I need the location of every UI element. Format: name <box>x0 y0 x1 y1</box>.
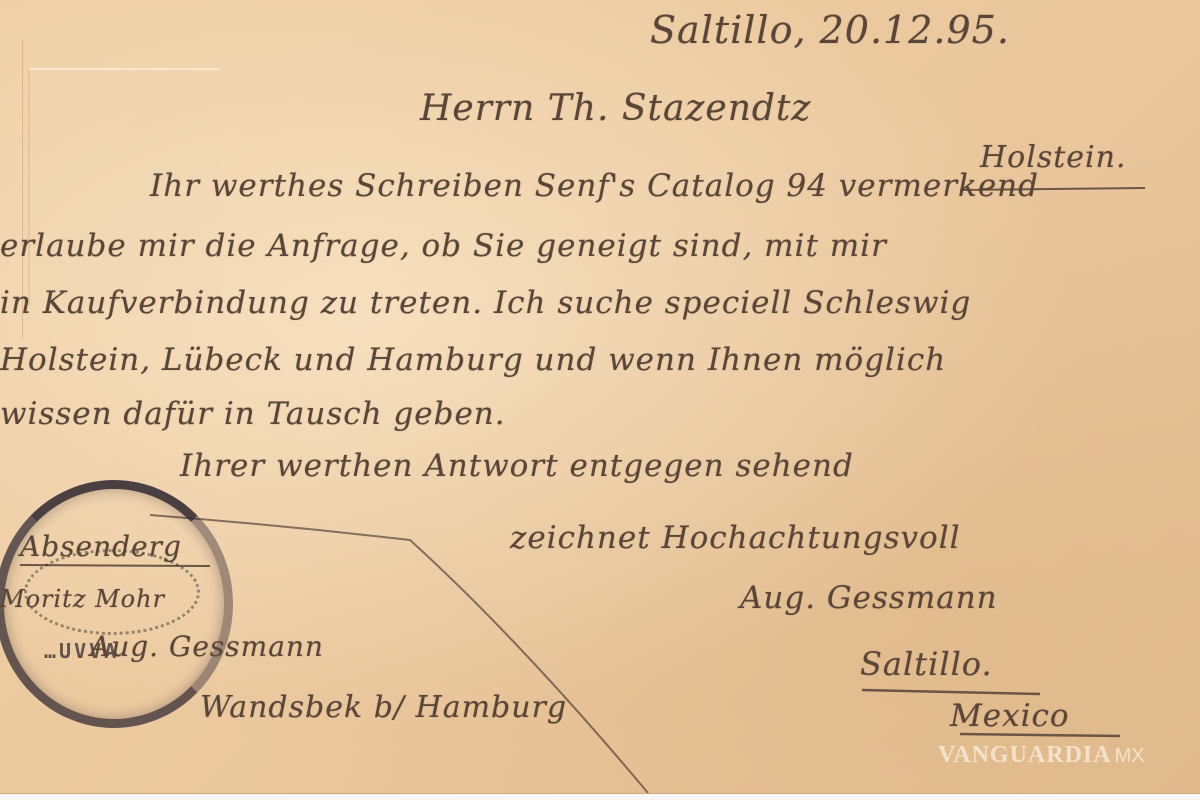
postcard: Saltillo, 20.12.95. Herrn Th. Stazendtz … <box>0 0 1200 794</box>
body-line: Ihr werthes Schreiben Senf's Catalog 94 … <box>150 168 1039 204</box>
watermark-brand: VANGUARDIA <box>938 742 1112 768</box>
place-date: Saltillo, 20.12.95. <box>650 8 1010 52</box>
body-line: Holstein, Lübeck und Hamburg und wenn Ih… <box>0 342 946 378</box>
body-line: in Kaufverbindung zu treten. Ich suche s… <box>0 285 971 321</box>
vanguardia-watermark: VANGUARDIAMX <box>938 742 1145 769</box>
sender-block-line: Absenderg <box>20 530 182 563</box>
signature: Aug. Gessmann <box>740 580 998 616</box>
sender-country: Mexico <box>950 698 1070 734</box>
sender-block-line: Aug. Gessmann <box>90 630 324 663</box>
watermark-suffix: MX <box>1115 745 1145 767</box>
closing-line: zeichnet Hochachtungsvoll <box>510 520 961 556</box>
sender-city: Saltillo. <box>860 645 993 683</box>
body-line: Ihrer werthen Antwort entgegen sehend <box>180 448 854 484</box>
addressee: Herrn Th. Stazendtz <box>420 88 811 129</box>
body-line: wissen dafür in Tausch geben. <box>0 396 506 432</box>
body-line: erlaube mir die Anfrage, ob Sie geneigt … <box>0 228 887 264</box>
sender-block-line: Moritz Mohr <box>0 585 165 613</box>
sender-block-line: Wandsbek b/ Hamburg <box>200 690 567 725</box>
